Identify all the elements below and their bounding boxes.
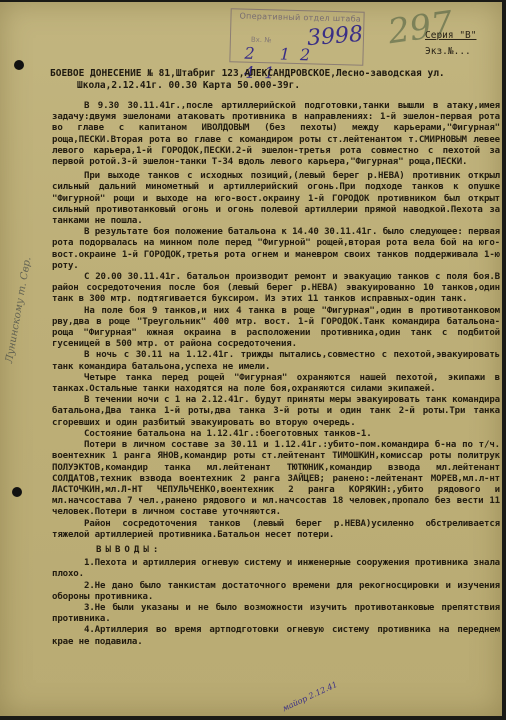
paragraph: В течении ночи с 1 на 2.12.41г. будут пр… [52, 395, 500, 429]
report-body: В 9.30 30.11.41г.,после артиллерийской п… [52, 98, 500, 648]
paragraph: В 9.30 30.11.41г.,после артиллерийской п… [52, 101, 500, 168]
paragraph: С 20.00 30.11.41г. батальон производит р… [52, 272, 500, 306]
stamp-title: Оперативный отдел штаба [239, 11, 361, 23]
conclusion-item: 1.Пехота и артиллерия огневую систему и … [52, 558, 500, 580]
paragraph: На поле боя 9 танков,и них 4 танка в рощ… [52, 306, 500, 351]
conclusion-item: 2.Не дано было танкистам достаточного вр… [52, 581, 500, 603]
heading-line-2: Школа,2.12.41г. 00.30 Карта 50.000-39г. [50, 80, 500, 92]
paragraph: Четыре танка перед рощей "Фигурная" охра… [52, 373, 500, 395]
ink-blot [14, 60, 24, 70]
conclusion-item: 4.Артиллерия во время артподготовки огне… [52, 625, 500, 647]
paragraph: Потери в личном составе за 30.11 и 1.12.… [52, 440, 500, 518]
ink-blot [12, 487, 22, 497]
report-heading: БОЕВОЕ ДОНЕСЕНИЕ № 81,Штабриг 123,АЛЕКСА… [50, 68, 500, 92]
document-page: Оперативный отдел штаба Вх. № 3998 2 12 … [0, 2, 502, 716]
series-text: Серия "В" [425, 30, 476, 41]
paragraph: В ночь с 30.11 на 1.12.41г. трижды пытал… [52, 350, 500, 372]
series-label: Серия "В" [425, 30, 476, 41]
conclusions-title: ВЫВОДЫ: [96, 545, 500, 556]
incoming-stamp: Оперативный отдел штаба Вх. № 3998 2 12 … [229, 8, 364, 65]
paragraph: При выходе танков с исходных позиций,(ле… [52, 171, 500, 227]
paragraph: Состояние батальона на 1.12.41г.:боегото… [52, 429, 500, 440]
copy-number: Экз.№... [425, 46, 471, 57]
margin-handwritten-note: Лунинскому т. Свр. [4, 256, 34, 364]
heading-line-1: БОЕВОЕ ДОНЕСЕНИЕ № 81,Штабриг 123,АЛЕКСА… [50, 68, 445, 79]
handwritten-signature: майор 2.12.41 [281, 680, 339, 713]
paragraph: В результате боя положение батальона к 1… [52, 227, 500, 272]
paragraph: Район сосредоточения танков (левый берег… [52, 519, 500, 541]
conclusion-item: 3.Не были указаны и не было возможности … [52, 603, 500, 625]
